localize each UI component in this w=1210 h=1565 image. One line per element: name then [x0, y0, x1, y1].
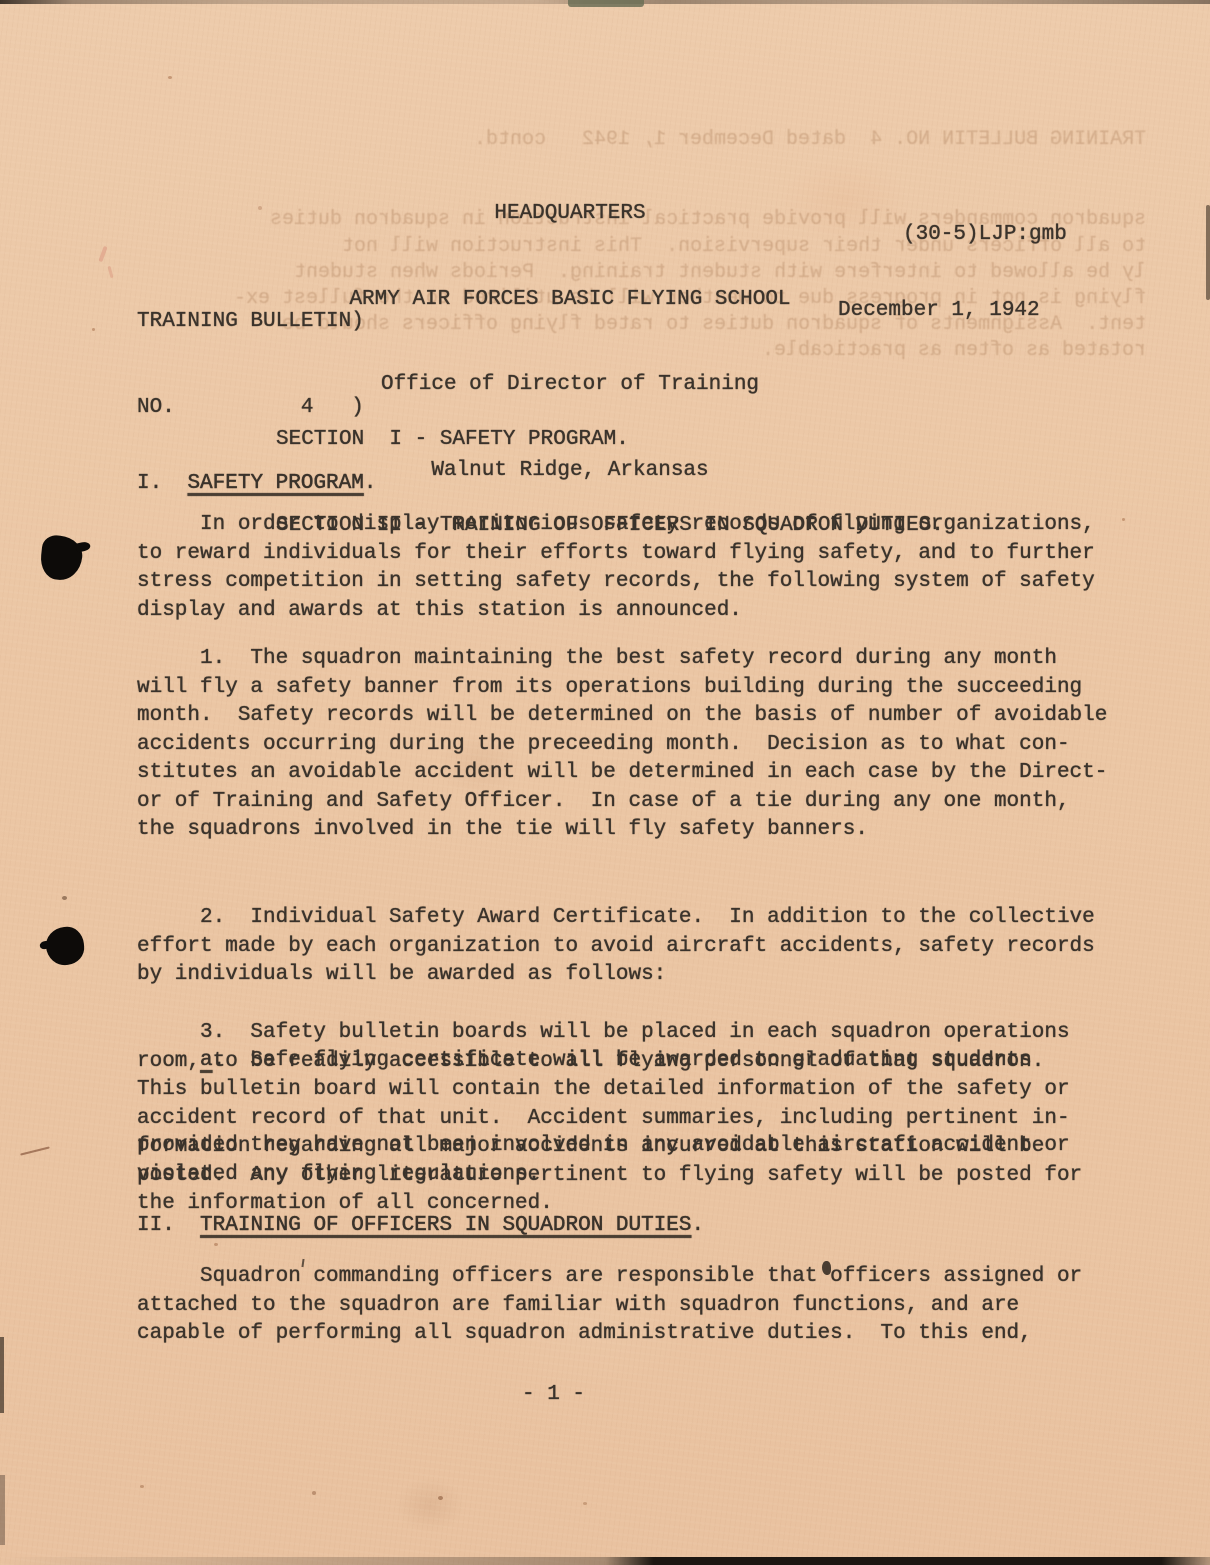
section2-heading: II. TRAINING OF OFFICERS IN SQUADRON DUT… — [137, 1212, 704, 1241]
paper-speck — [62, 896, 67, 900]
paper-speck — [583, 1502, 587, 1505]
paragraph-item-1: 1. The squadron maintaining the best saf… — [137, 645, 1107, 845]
section1-period: . — [364, 472, 377, 495]
section2-number: II. — [137, 1214, 175, 1237]
pink-mark — [107, 266, 113, 278]
scan-edge-patch — [568, 0, 644, 7]
paragraph-item-3: 3. Safety bulletin boards will be placed… — [137, 1019, 1082, 1219]
section-index-line-1: SECTION I - SAFETY PROGRAM. — [276, 426, 944, 455]
letterhead-line-headquarters: HEADQUARTERS — [120, 200, 1020, 229]
ink-smudge — [822, 1261, 831, 1275]
scan-edge-right — [1206, 205, 1210, 300]
paper-speck — [258, 206, 262, 210]
ink-blot-lower — [44, 925, 86, 967]
scan-edge-bottom — [0, 1557, 1210, 1565]
heading-gap — [175, 1214, 200, 1237]
document-date: December 1, 1942 — [838, 297, 1040, 326]
section1-title: SAFETY PROGRAM — [187, 472, 363, 495]
scan-edge-left — [0, 1337, 4, 1413]
reference-code: (30-5)LJP:gmb — [903, 221, 1067, 250]
scratch-mark — [20, 1146, 50, 1155]
paper-speck — [92, 328, 95, 331]
paragraph-intro: In order to display meritorious safety r… — [137, 511, 1095, 625]
section2-period: . — [692, 1214, 705, 1237]
scanned-document-page: TRAINING BULLETIN NO. 4 dated December 1… — [0, 0, 1210, 1565]
paragraph-section2: Squadron commanding officers are respons… — [137, 1263, 1082, 1349]
scan-edge-corner — [0, 1475, 5, 1545]
paragraph-item-2: 2. Individual Safety Award Certificate. … — [137, 904, 1095, 990]
heading-gap — [162, 472, 187, 495]
paper-speck — [312, 1491, 316, 1495]
paper-speck — [168, 76, 172, 79]
page-number: - 1 - — [522, 1381, 585, 1410]
paper-speck — [1122, 518, 1125, 521]
bulletin-title-line: TRAINING BULLETIN) — [137, 308, 364, 337]
paper-speck — [214, 1243, 218, 1246]
paper-speck — [140, 1485, 144, 1488]
section1-heading: I. SAFETY PROGRAM. — [137, 470, 376, 499]
pink-mark — [98, 246, 107, 262]
paper-speck — [438, 1496, 443, 1500]
section1-number: I. — [137, 472, 162, 495]
section2-title: TRAINING OF OFFICERS IN SQUADRON DUTIES — [200, 1214, 691, 1237]
ink-blot-upper — [39, 534, 84, 582]
